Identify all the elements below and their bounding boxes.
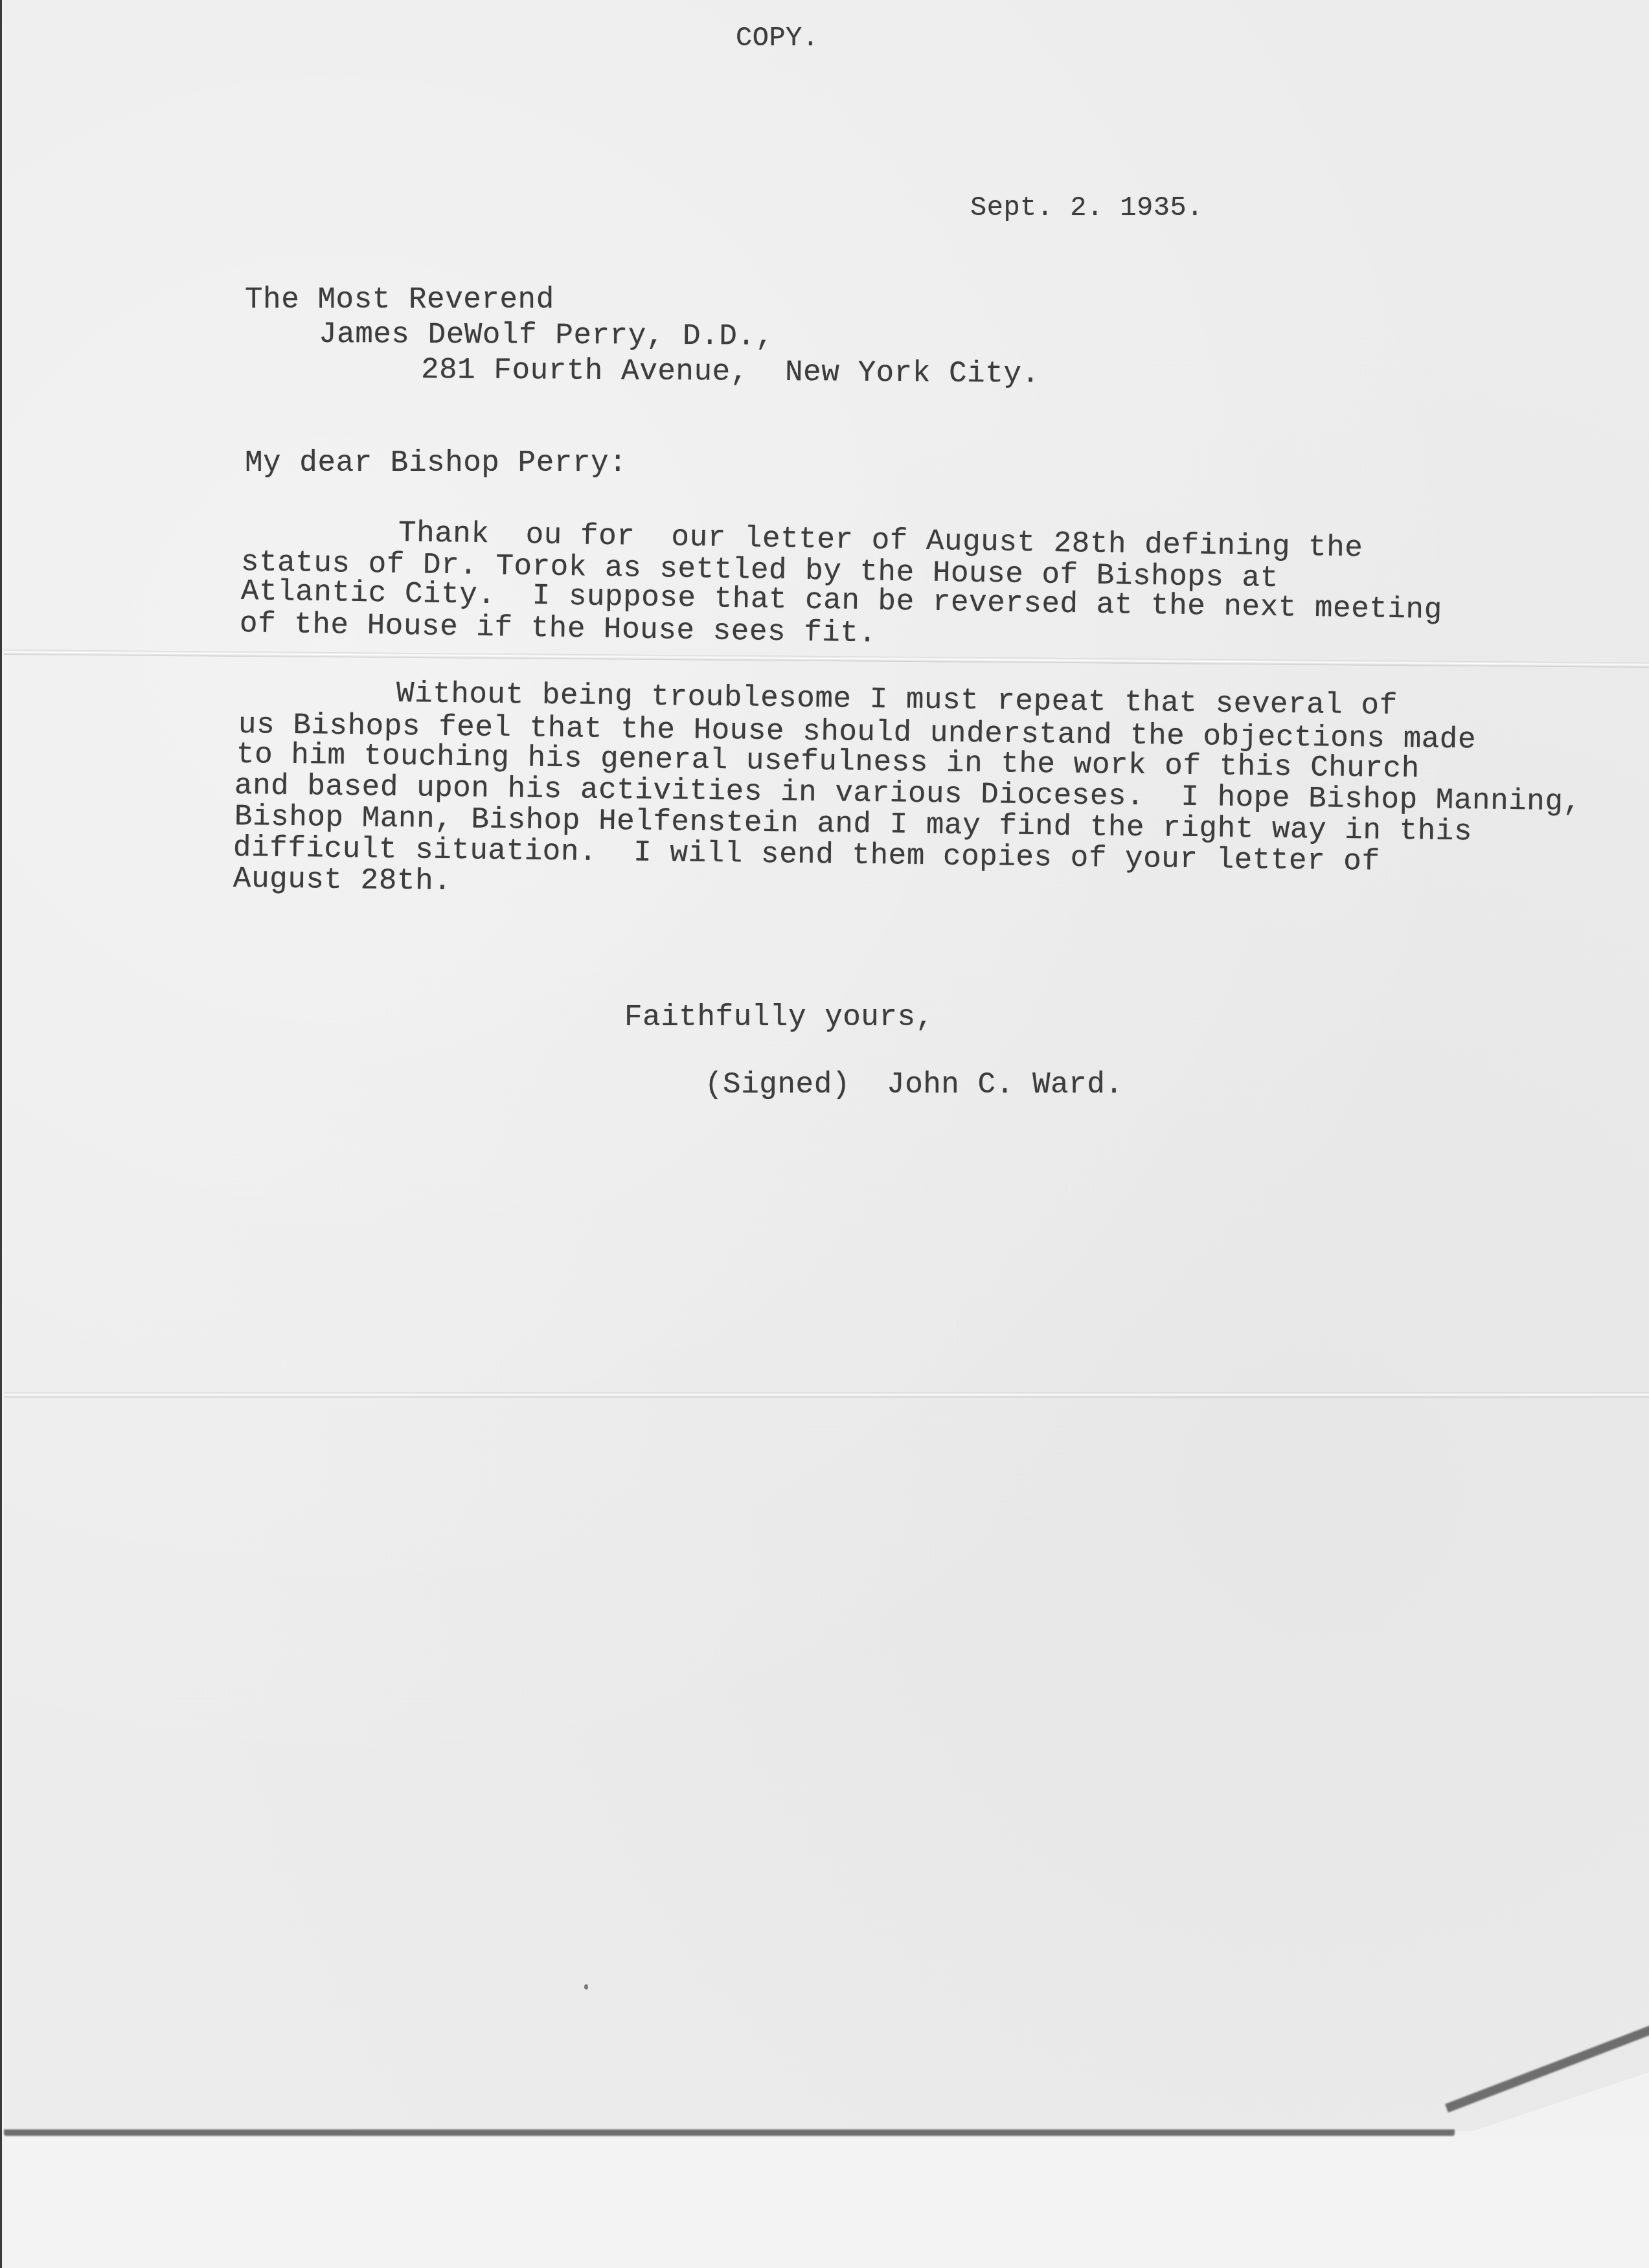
paper-speck [584, 1984, 588, 1990]
scanner-bed [4, 2136, 1649, 2268]
recipient-street: 281 Fourth Avenue, New York City. [421, 355, 1040, 389]
letter-page [4, 0, 1649, 2131]
salutation: My dear Bishop Perry: [245, 448, 627, 478]
signature: (Signed) John C. Ward. [705, 1070, 1123, 1100]
paper-fold-line [4, 1392, 1649, 1398]
recipient-name: James DeWolf Perry, D.D., [319, 319, 774, 352]
letter-date: Sept. 2. 1935. [970, 194, 1203, 221]
scanner-edge [0, 0, 2, 2268]
recipient-title: The Most Reverend [245, 285, 554, 315]
copy-mark: COPY. [736, 25, 819, 52]
complimentary-close: Faithfully yours, [624, 1003, 934, 1032]
page-folded-corner [1455, 2072, 1649, 2137]
page-bottom-shadow [4, 2129, 1455, 2136]
paragraph-line: August 28th. [233, 864, 452, 896]
